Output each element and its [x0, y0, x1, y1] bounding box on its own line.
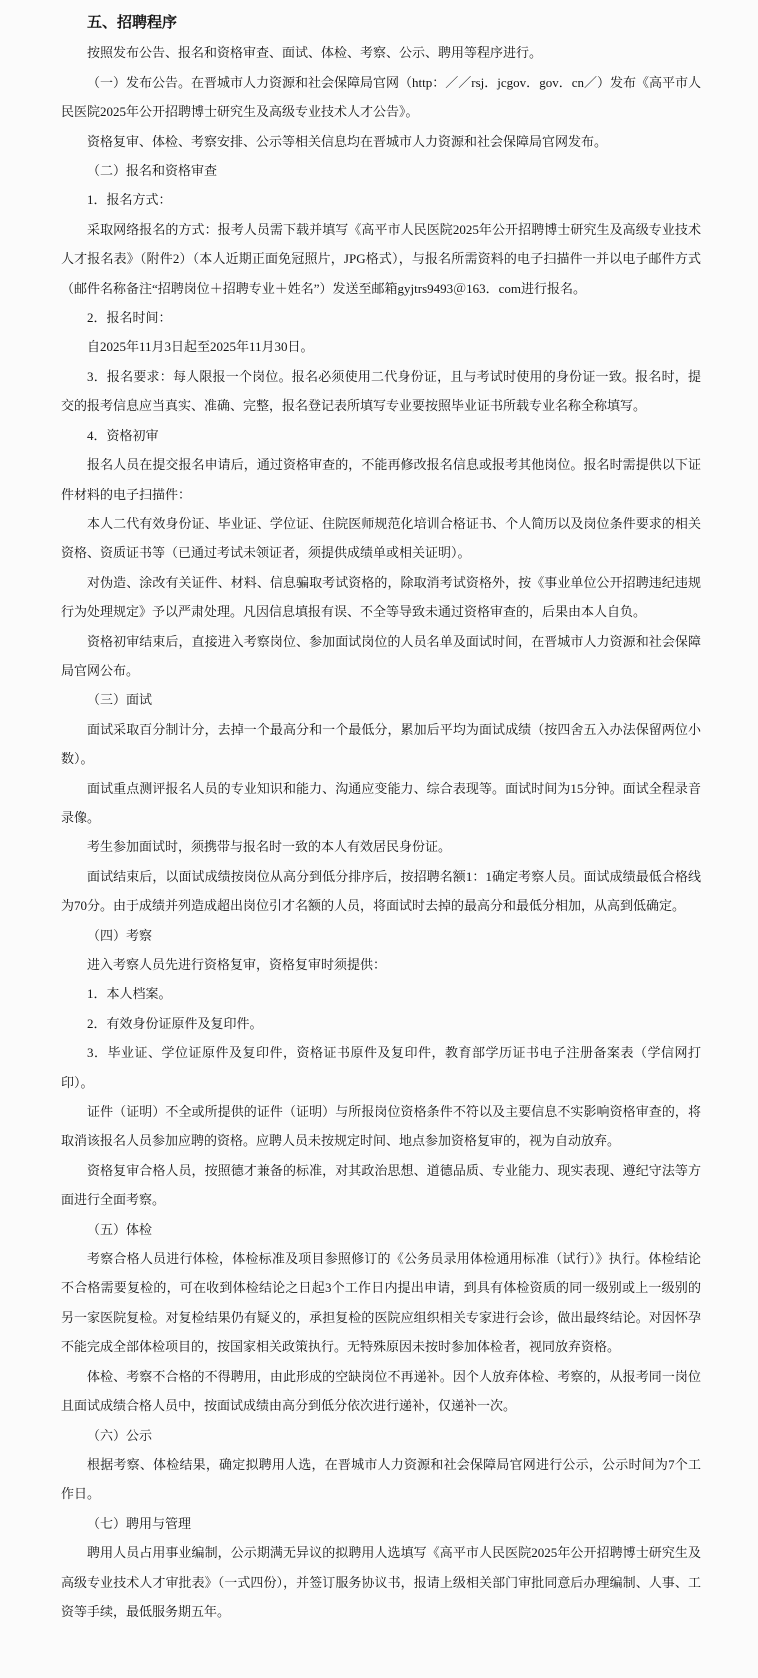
section-subheading: （二）报名和资格审查: [61, 156, 701, 185]
section-subheading: （三）面试: [61, 685, 701, 714]
list-item: 4．资格初审: [61, 421, 701, 450]
document-page: 五、招聘程序 按照发布公告、报名和资格审查、面试、体检、考察、公示、聘用等程序进…: [0, 0, 758, 1678]
list-item: 1．报名方式：: [61, 185, 701, 214]
list-item: 3．毕业证、学位证原件及复印件，资格证书原件及复印件，教育部学历证书电子注册备案…: [61, 1038, 701, 1097]
paragraph: 面试结束后，以面试成绩按岗位从高分到低分排序后，按招聘名额1：1确定考察人员。面…: [61, 862, 701, 921]
paragraph: 根据考察、体检结果，确定拟聘用人选，在晋城市人力资源和社会保障局官网进行公示，公…: [61, 1450, 701, 1509]
paragraph: 对伪造、涂改有关证件、材料、信息骗取考试资格的，除取消考试资格外，按《事业单位公…: [61, 568, 701, 627]
paragraph: 资格复审、体检、考察安排、公示等相关信息均在晋城市人力资源和社会保障局官网发布。: [61, 127, 701, 156]
paragraph: 自2025年11月3日起至2025年11月30日。: [61, 332, 701, 361]
paragraph: 体检、考察不合格的不得聘用，由此形成的空缺岗位不再递补。因个人放弃体检、考察的，…: [61, 1362, 701, 1421]
paragraph: 考察合格人员进行体检，体检标准及项目参照修订的《公务员录用体检通用标准（试行）》…: [61, 1244, 701, 1362]
paragraph: 资格复审合格人员，按照德才兼备的标准，对其政治思想、道德品质、专业能力、现实表现…: [61, 1156, 701, 1215]
section-subheading: （四）考察: [61, 921, 701, 950]
list-item: 2．报名时间：: [61, 303, 701, 332]
paragraph: 按照发布公告、报名和资格审查、面试、体检、考察、公示、聘用等程序进行。: [61, 38, 701, 67]
paragraph: 面试采取百分制计分，去掉一个最高分和一个最低分，累加后平均为面试成绩（按四舍五入…: [61, 715, 701, 774]
paragraph: 资格初审结束后，直接进入考察岗位、参加面试岗位的人员名单及面试时间，在晋城市人力…: [61, 627, 701, 686]
document-heading: 五、招聘程序: [61, 9, 701, 38]
paragraph: 聘用人员占用事业编制，公示期满无异议的拟聘用人选填写《高平市人民医院2025年公…: [61, 1538, 701, 1626]
paragraph: 报名人员在提交报名申请后，通过资格审查的，不能再修改报名信息或报考其他岗位。报名…: [61, 450, 701, 509]
list-item: 1．本人档案。: [61, 979, 701, 1008]
paragraph: 采取网络报名的方式：报考人员需下载并填写《高平市人民医院2025年公开招聘博士研…: [61, 215, 701, 303]
paragraph: 证件（证明）不全或所提供的证件（证明）与所报岗位资格条件不符以及主要信息不实影响…: [61, 1097, 701, 1156]
section-subheading: （七）聘用与管理: [61, 1509, 701, 1538]
paragraph: 进入考察人员先进行资格复审，资格复审时须提供：: [61, 950, 701, 979]
section-subheading: （五）体检: [61, 1215, 701, 1244]
paragraph: （一）发布公告。在晋城市人力资源和社会保障局官网（http：／／rsj．jcgo…: [61, 68, 701, 127]
section-subheading: （六）公示: [61, 1421, 701, 1450]
list-item: 3．报名要求：每人限报一个岗位。报名必须使用二代身份证，且与考试时使用的身份证一…: [61, 362, 701, 421]
paragraph: 考生参加面试时，须携带与报名时一致的本人有效居民身份证。: [61, 832, 701, 861]
paragraph: 面试重点测评报名人员的专业知识和能力、沟通应变能力、综合表现等。面试时间为15分…: [61, 774, 701, 833]
paragraph: 本人二代有效身份证、毕业证、学位证、住院医师规范化培训合格证书、个人简历以及岗位…: [61, 509, 701, 568]
list-item: 2．有效身份证原件及复印件。: [61, 1009, 701, 1038]
